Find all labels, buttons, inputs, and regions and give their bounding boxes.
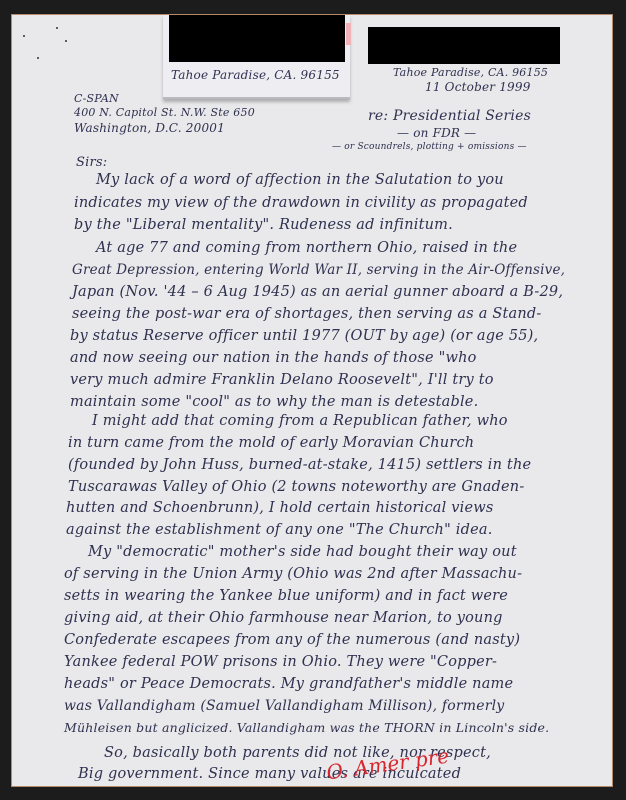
body-line: My lack of a word of affection in the Sa…: [96, 172, 504, 188]
sender-location: Tahoe Paradise, CA. 96155: [393, 66, 548, 79]
body-line: very much admire Franklin Delano Rooseve…: [70, 372, 494, 388]
salutation: Sirs:: [76, 155, 107, 170]
recipient-city: Washington, D.C. 20001: [74, 121, 225, 135]
body-line: (founded by John Huss, burned-at-stake, …: [68, 457, 531, 473]
body-line: was Vallandigham (Samuel Vallandigham Mi…: [64, 698, 504, 714]
subject-line: re: Presidential Series: [368, 108, 531, 124]
body-line: indicates my view of the drawdown in civ…: [74, 195, 528, 211]
letter-date: 11 October 1999: [425, 80, 531, 94]
label-edge-tint: [346, 23, 351, 45]
body-line: in turn came from the mold of early Mora…: [68, 435, 474, 451]
body-line: setts in wearing the Yankee blue uniform…: [64, 588, 508, 604]
body-line: I might add that coming from a Republica…: [92, 413, 508, 429]
body-line: Confederate escapees from any of the num…: [64, 632, 520, 648]
body-line: and now seeing our nation in the hands o…: [70, 350, 477, 366]
paper-speck: [56, 27, 58, 29]
recipient-name: C-SPAN: [74, 92, 119, 105]
body-line: giving aid, at their Ohio farmhouse near…: [64, 610, 503, 626]
body-line: Great Depression, entering World War II,…: [72, 262, 565, 278]
body-line: At age 77 and coming from northern Ohio,…: [96, 240, 517, 256]
redaction-block: [169, 15, 345, 62]
label-address: Tahoe Paradise, CA. 96155: [171, 68, 340, 82]
body-line: Tuscarawas Valley of Ohio (2 towns notew…: [68, 479, 524, 495]
body-line: of serving in the Union Army (Ohio was 2…: [64, 566, 522, 582]
body-line: by status Reserve officer until 1977 (OU…: [70, 328, 538, 344]
body-line: My "democratic" mother's side had bought…: [88, 544, 517, 560]
body-line: maintain some "cool" as to why the man i…: [70, 394, 478, 410]
redaction-block: [368, 27, 560, 64]
body-line: heads" or Peace Democrats. My grandfathe…: [64, 676, 513, 692]
body-line: hutten and Schoenbrunn), I hold certain …: [66, 500, 494, 516]
body-line: against the establishment of any one "Th…: [66, 522, 493, 538]
body-line: seeing the post-war era of shortages, th…: [72, 306, 542, 322]
paper-speck: [37, 57, 39, 59]
return-address-label: Tahoe Paradise, CA. 96155: [163, 15, 350, 99]
body-line: by the "Liberal mentality". Rudeness ad …: [74, 217, 453, 233]
paper-speck: [65, 40, 67, 42]
recipient-street: 400 N. Capitol St. N.W. Ste 650: [74, 106, 255, 119]
body-line: Yankee federal POW prisons in Ohio. They…: [64, 654, 497, 670]
subject-topic: — on FDR —: [397, 126, 476, 140]
paper-speck: [23, 35, 25, 37]
body-line: Japan (Nov. '44 – 6 Aug 1945) as an aeri…: [72, 284, 563, 300]
subject-subtitle: — or Scoundrels, plotting + omissions —: [332, 142, 527, 152]
body-line: Mühleisen but anglicized. Vallandigham w…: [64, 720, 549, 735]
